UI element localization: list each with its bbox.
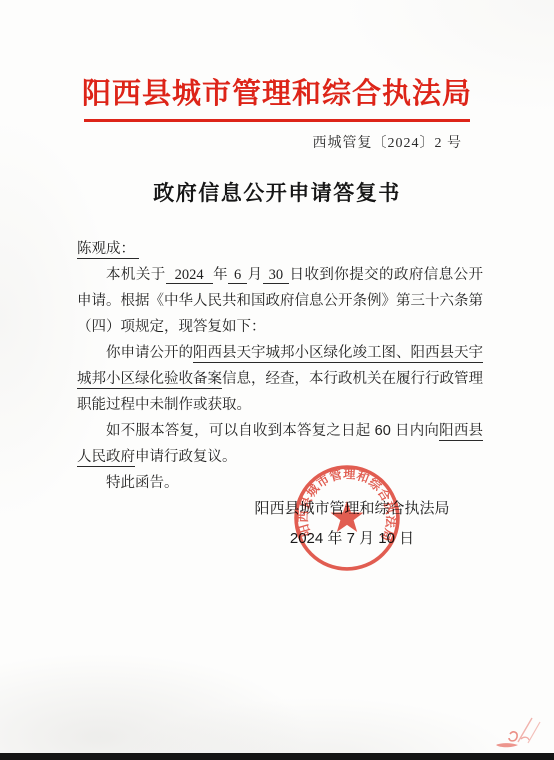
- recipient-name: 陈观成：: [77, 241, 139, 259]
- seal-star-icon: [331, 501, 364, 532]
- recipient-line: 陈观成：: [77, 236, 483, 262]
- year-blank: 2024: [166, 267, 213, 284]
- paragraph-closing: 特此函告。: [77, 470, 483, 496]
- document-number: 西城管复〔2024〕2 号: [84, 132, 462, 152]
- document-title: 政府信息公开申请答复书: [0, 177, 554, 207]
- agency-letterhead: 阳西县城市管理和综合执法局: [0, 71, 554, 112]
- document-page: 阳西县城市管理和综合执法局 西城管复〔2024〕2 号 政府信息公开申请答复书 …: [0, 0, 554, 760]
- paragraph-receipt: 本机关于2024年6月30日收到你提交的政府信息公开申请。根据《中华人民共和国政…: [77, 262, 483, 340]
- appeal-tail-text: 申请行政复议。: [135, 449, 237, 465]
- page-bottom-edge: [0, 753, 554, 760]
- paragraph-appeal: 如不服本答复，可以自收到本答复之日起 60 日内向阳西县人民政府申请行政复议。: [77, 418, 483, 470]
- letter-body: 陈观成： 本机关于2024年6月30日收到你提交的政府信息公开申请。根据《中华人…: [77, 236, 483, 496]
- month-unit: 月: [247, 267, 262, 283]
- day-blank: 30: [263, 267, 290, 284]
- receipt-lead-text: 本机关于: [106, 267, 166, 283]
- year-unit: 年: [213, 267, 228, 283]
- partial-stamp-mark-icon: [488, 712, 548, 752]
- letterhead-divider: [84, 119, 470, 122]
- official-seal: 阳西县城市管理和综合执法局: [291, 462, 403, 574]
- reply-lead-text: 你申请公开的: [106, 345, 193, 361]
- month-blank: 6: [228, 267, 247, 284]
- paragraph-reply: 你申请公开的阳西县天宇城邦小区绿化竣工图、阳西县天宇城邦小区绿化验收备案信息，经…: [77, 340, 483, 418]
- appeal-lead-text: 如不服本答复，可以自收到本答复之日起 60 日内向: [106, 423, 439, 439]
